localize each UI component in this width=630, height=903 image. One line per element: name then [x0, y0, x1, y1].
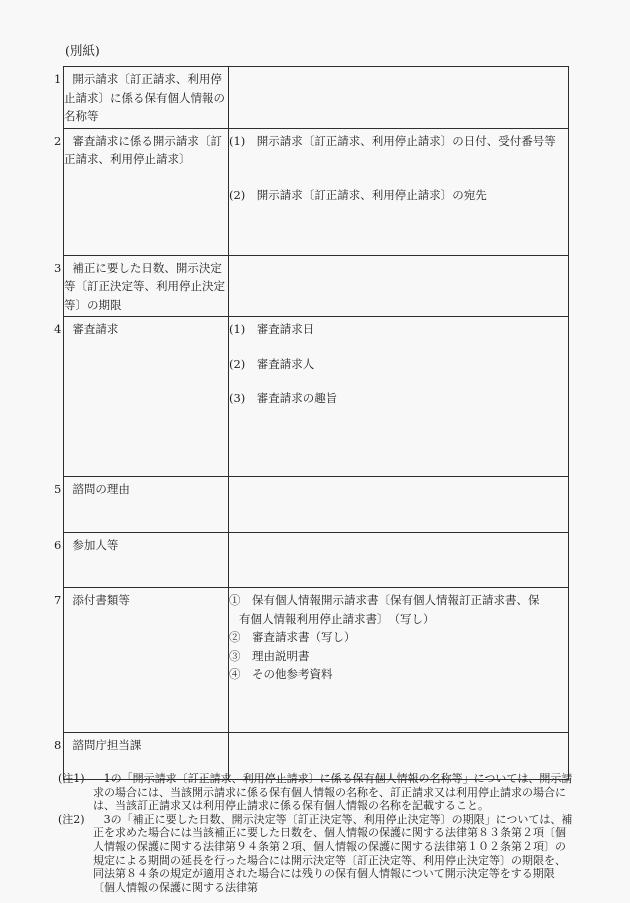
row-number: 8	[54, 738, 61, 752]
list-item: ④ その他参考資料	[229, 665, 566, 684]
row-number: 4	[54, 322, 61, 336]
row-content-cell	[229, 67, 569, 129]
list-item: ③ 理由説明書	[229, 647, 566, 666]
note-item: (注2)3の「補正に要した日数、開示決定等〔訂正決定等、利用停止決定等〕の期限」…	[58, 813, 576, 895]
row-header-cell: 3補正に要した日数、開示決定等〔訂正決定等、利用停止決定等〕の期限	[64, 255, 229, 317]
row-title-text: 補正に要した日数、開示決定等〔訂正決定等、利用停止決定等〕の期限	[64, 261, 225, 312]
row-header-cell: 1開示請求〔訂正請求、利用停止請求〕に係る保有個人情報の名称等	[64, 67, 229, 129]
row-number: 6	[54, 538, 61, 552]
list-item: ② 審査請求書（写し）	[229, 628, 566, 647]
row-title: 5諮問の理由	[64, 480, 226, 499]
row-title-text: 参加人等	[72, 538, 118, 552]
row-title: 7添付書類等	[64, 591, 226, 610]
page-label: (別紙)	[65, 43, 100, 58]
list-item: (1) 審査請求日	[229, 320, 566, 339]
row-number: 5	[54, 482, 61, 496]
row-title: 6参加人等	[64, 536, 226, 555]
row-title: 8諮問庁担当課	[64, 736, 226, 755]
row-content-cell: (1) 審査請求日 (2) 審査請求人 (3) 審査請求の趣旨	[229, 317, 569, 477]
row-number: 7	[54, 593, 61, 607]
row-content-cell	[229, 255, 569, 317]
document-page: (別紙) 1開示請求〔訂正請求、利用停止請求〕に係る保有個人情報の名称等 2審査…	[0, 0, 630, 903]
notes-section: (注1)1の「開示請求〔訂正請求、利用停止請求〕に係る保有個人情報の名称等」につ…	[58, 772, 576, 894]
row-title-text: 諮問の理由	[72, 482, 130, 496]
appendix-table: 1開示請求〔訂正請求、利用停止請求〕に係る保有個人情報の名称等 2審査請求に係る…	[63, 66, 569, 780]
row-content-cell	[229, 533, 569, 588]
note-label: (注2)	[58, 813, 85, 826]
list-item: (3) 審査請求の趣旨	[229, 389, 566, 408]
row-header-cell: 4審査請求	[64, 317, 229, 477]
note-text: 3の「補正に要した日数、開示決定等〔訂正決定等、利用停止決定等〕の期限」について…	[93, 813, 572, 894]
note-label: (注1)	[58, 772, 85, 785]
row-number: 1	[54, 72, 61, 86]
list-item: (2) 開示請求〔訂正請求、利用停止請求〕の宛先	[229, 186, 566, 205]
list-item: ① 保有個人情報開示請求書〔保有個人情報訂正請求書、保有個人情報利用停止請求書〕…	[229, 591, 547, 628]
row-content-cell: ① 保有個人情報開示請求書〔保有個人情報訂正請求書、保有個人情報利用停止請求書〕…	[229, 588, 569, 733]
row-title: 1開示請求〔訂正請求、利用停止請求〕に係る保有個人情報の名称等	[64, 70, 226, 126]
row-content-cell: (1) 開示請求〔訂正請求、利用停止請求〕の日付、受付番号等 (2) 開示請求〔…	[229, 128, 569, 255]
row-content-cell	[229, 477, 569, 533]
row-title: 4審査請求	[64, 320, 226, 339]
row-number: 2	[54, 134, 61, 148]
row-title-text: 開示請求〔訂正請求、利用停止請求〕に係る保有個人情報の名称等	[64, 72, 225, 123]
row-title-text: 添付書類等	[72, 593, 130, 607]
table-row: 2審査請求に係る開示請求〔訂正請求、利用停止請求〕 (1) 開示請求〔訂正請求、…	[64, 128, 569, 255]
row-header-cell: 6参加人等	[64, 533, 229, 588]
row-title: 3補正に要した日数、開示決定等〔訂正決定等、利用停止決定等〕の期限	[64, 259, 226, 315]
row-header-cell: 7添付書類等	[64, 588, 229, 733]
table-row: 4審査請求 (1) 審査請求日 (2) 審査請求人 (3) 審査請求の趣旨	[64, 317, 569, 477]
list-item: (1) 開示請求〔訂正請求、利用停止請求〕の日付、受付番号等	[229, 132, 566, 151]
table-row: 7添付書類等 ① 保有個人情報開示請求書〔保有個人情報訂正請求書、保有個人情報利…	[64, 588, 569, 733]
row-title-text: 審査請求に係る開示請求〔訂正請求、利用停止請求〕	[64, 134, 222, 167]
table-row: 6参加人等	[64, 533, 569, 588]
list-item: (2) 審査請求人	[229, 355, 566, 374]
note-text: 1の「開示請求〔訂正請求、利用停止請求〕に係る保有個人情報の名称等」については、…	[93, 772, 572, 812]
row-header-cell: 2審査請求に係る開示請求〔訂正請求、利用停止請求〕	[64, 128, 229, 255]
table-row: 1開示請求〔訂正請求、利用停止請求〕に係る保有個人情報の名称等	[64, 67, 569, 129]
row-number: 3	[54, 261, 61, 275]
row-header-cell: 5諮問の理由	[64, 477, 229, 533]
row-title-text: 審査請求	[72, 322, 118, 336]
row-title: 2審査請求に係る開示請求〔訂正請求、利用停止請求〕	[64, 132, 226, 169]
note-item: (注1)1の「開示請求〔訂正請求、利用停止請求〕に係る保有個人情報の名称等」につ…	[58, 772, 576, 813]
row-title-text: 諮問庁担当課	[72, 738, 141, 752]
table-row: 3補正に要した日数、開示決定等〔訂正決定等、利用停止決定等〕の期限	[64, 255, 569, 317]
table-row: 5諮問の理由	[64, 477, 569, 533]
